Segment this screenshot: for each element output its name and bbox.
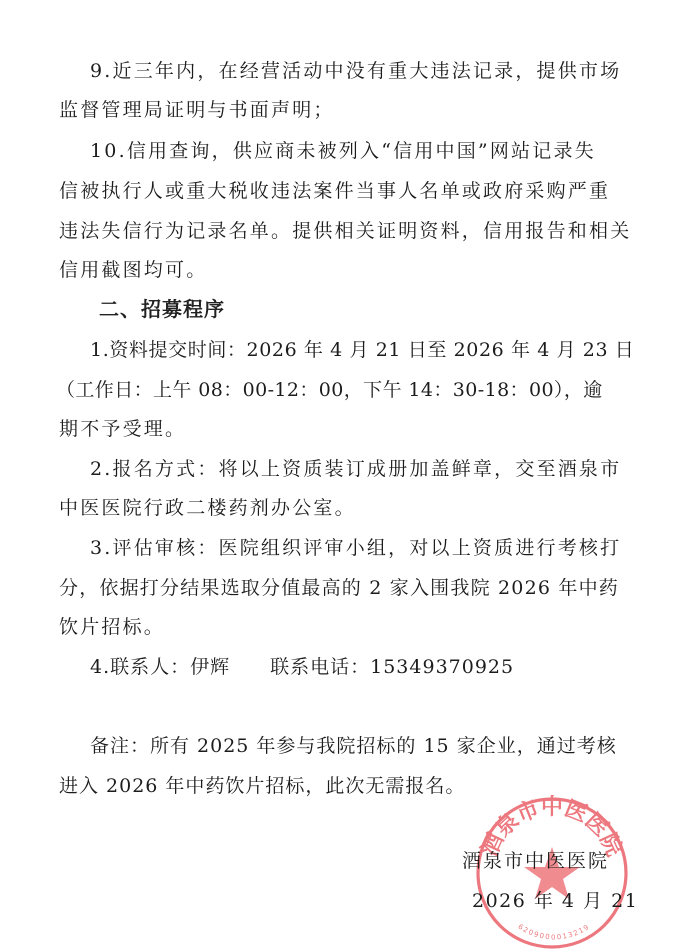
step3-line-3: 饮片招标。 [59, 616, 165, 638]
document-page: 9.近三年内，在经营活动中没有重大违法记录，提供市场 监督管理局证明与书面声明；… [0, 0, 675, 951]
stamp-serial: 6209000013219 [516, 923, 591, 942]
item10-line-1: 10.信用查询，供应商未被列入“信用中国”网站记录失 [90, 140, 596, 162]
svg-text:6209000013219: 6209000013219 [516, 923, 591, 942]
step2-line-1: 2.报名方式：将以上资质装订成册加盖鲜章，交至酒泉市 [90, 458, 621, 480]
item9-line-1: 9.近三年内，在经营活动中没有重大违法记录，提供市场 [90, 60, 621, 82]
note-line-2: 进入 2026 年中药饮片招标，此次无需报名。 [59, 775, 465, 797]
item9-line-2: 监督管理局证明与书面声明； [59, 99, 335, 121]
step1-line-2: （工作日：上午 08：00-12：00，下午 14：30-18：00），逾 [56, 379, 603, 401]
step4-contact: 4.联系人：伊辉 联系电话：15349370925 [90, 656, 514, 678]
section-heading: 二、招募程序 [99, 298, 225, 320]
item10-line-4: 信用截图均可。 [59, 259, 207, 281]
official-seal-stamp: 酒泉市中医医院 6209000013219 [472, 795, 632, 951]
item10-line-3: 违法失信行为记录名单。提供相关证明资料，信用报告和相关 [59, 220, 631, 242]
note-line-1: 备注：所有 2025 年参与我院招标的 15 家企业，通过考核 [90, 735, 617, 757]
item10-line-2: 信被执行人或重大税收违法案件当事人名单或政府采购严重 [59, 180, 610, 202]
step1-line-1: 1.资料提交时间：2026 年 4 月 21 日至 2026 年 4 月 23 … [90, 339, 634, 361]
signature-date: 2026 年 4 月 21 [472, 890, 638, 912]
step3-line-2: 分，依据打分结果选取分值最高的 2 家入围我院 2026 年中药 [59, 577, 619, 599]
step2-line-2: 中医医院行政二楼药剂办公室。 [59, 497, 356, 519]
step1-line-3: 期不予受理。 [59, 418, 186, 440]
step3-line-1: 3.评估审核：医院组织评审小组，对以上资质进行考核打 [90, 537, 621, 559]
signature-organization: 酒泉市中医医院 [462, 850, 609, 872]
